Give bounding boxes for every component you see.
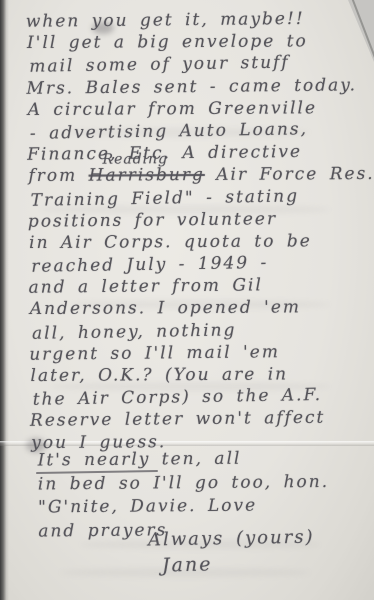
signoff: Always (yours)	[148, 527, 315, 551]
letter-line: Andersons. I opened 'em	[30, 297, 369, 321]
struck-word: Harrisburg	[89, 165, 205, 186]
letter-line: Reserve letter won't affect	[30, 408, 370, 434]
inserted-word: Reading	[102, 151, 168, 167]
letter-body: when you get it, maybe!! I'll get a big …	[26, 8, 371, 455]
signature: Jane	[162, 553, 213, 576]
letter-line: Finance, Etc. A directive	[27, 141, 367, 167]
letter-line: Mrs. Bales sent - came today.	[26, 75, 366, 101]
letter-line: "G'nite, Davie. Love	[38, 495, 368, 521]
scan-edge-left	[0, 0, 9, 600]
letter-line: It's nearly ten, all	[38, 448, 368, 474]
letter-line: in bed so I'll go too, hon.	[38, 471, 368, 497]
correction-suffix: Air Force Res.	[205, 164, 374, 185]
letter-line: when you get it, maybe!!	[26, 8, 366, 34]
letter-line-correction: from ReadingHarrisburg Air Force Res.	[28, 164, 367, 188]
correction-prefix: from	[28, 166, 88, 186]
letter-scan: when you get it, maybe!! I'll get a big …	[0, 0, 374, 600]
